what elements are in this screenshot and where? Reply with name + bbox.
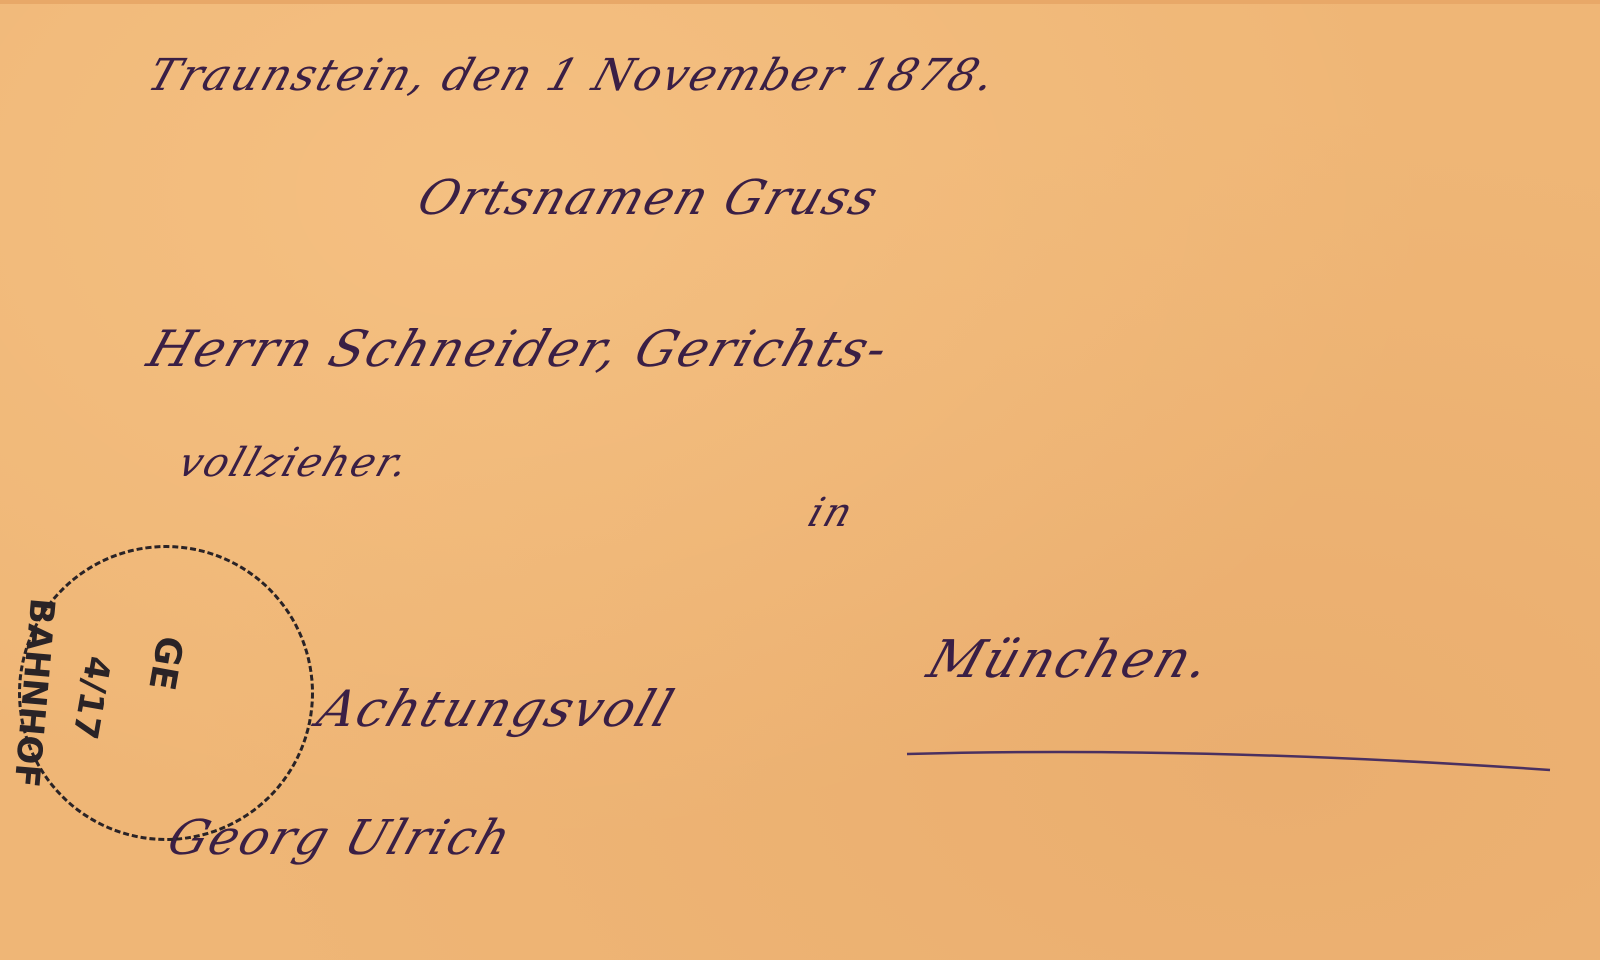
closing-line: Achtungsvoll [311, 680, 683, 738]
place-date-line: Traunstein, den 1 November 1878. [142, 50, 1004, 101]
greeting-line: Ortsnamen Gruss [411, 170, 887, 226]
city-underline [905, 748, 1555, 774]
addressee-line: Herrn Schneider, Gerichts- [141, 320, 897, 378]
city-line: München. [920, 630, 1219, 690]
addressee-continuation: vollzieher. [173, 440, 417, 486]
postcard-edge [0, 0, 1600, 4]
